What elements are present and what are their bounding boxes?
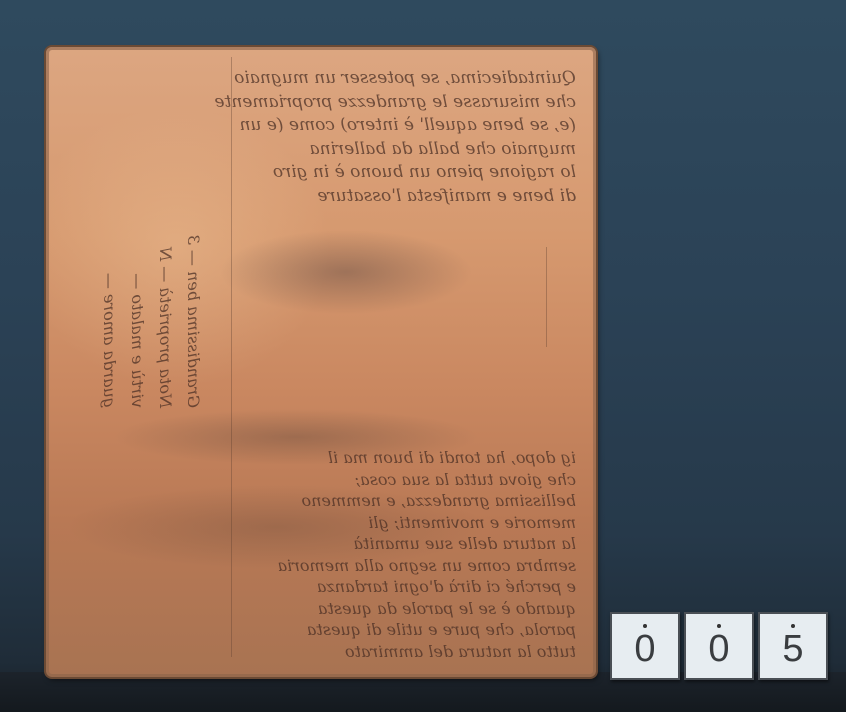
engraved-text-top: Quintadiecima, se potesser un mugnaio ch… [146,67,576,208]
script-line: Quintadiecima, se potesser un mugnaio [146,67,576,91]
script-line: guarda amore — [95,178,123,408]
card-digit: 5 [782,628,803,671]
script-line: di bene e manifesta l'ossature [146,185,576,209]
script-line: che giova tutta la sua cosa; [86,469,576,491]
script-line: memorie e movimenti; gli [86,512,576,534]
copper-plate: Quintadiecima, se potesser un mugnaio ch… [46,47,596,677]
script-line: quando è se le parole da questa [86,598,576,620]
hanging-hole [791,624,795,628]
script-line: virtù e malato — [123,178,151,408]
script-line: tutto la natura del ammirato [86,641,576,663]
script-line: la natura delle sue umanità [86,533,576,555]
script-line: e perché ci dirà d'ogni tardanza [86,576,576,598]
script-line: sembra come un segno alla memoria [86,555,576,577]
engraved-text-side: Grandissima ben — 3 Nota proprietà — N v… [95,178,207,408]
script-line: Grandissima ben — 3 [179,178,207,408]
script-line: parola, che pure e utile di questa [86,619,576,641]
number-card: 5 [758,612,828,680]
script-line: lo ragione pieno un buono è in giro [146,161,576,185]
script-line: che misurasse le grandezze propriamente [146,91,576,115]
scratch-line [546,247,547,347]
script-line: (e, se bene aquell' è intero) come (e un [146,114,576,138]
script-line: ig dopo, ha tondi di buon ma il [86,447,576,469]
number-card: 0 [610,612,680,680]
number-card: 0 [684,612,754,680]
script-line: Nota proprietà — N [151,178,179,408]
script-line: mugnaio che balla da ballerina [146,138,576,162]
hanging-hole [717,624,721,628]
number-label: 0 0 5 [610,612,828,684]
card-digit: 0 [634,628,655,671]
card-digit: 0 [708,628,729,671]
hanging-hole [643,624,647,628]
engraved-text-bottom: ig dopo, ha tondi di buon ma il che giov… [86,447,576,662]
script-line: bellissima grandezza, e nemmeno [86,490,576,512]
